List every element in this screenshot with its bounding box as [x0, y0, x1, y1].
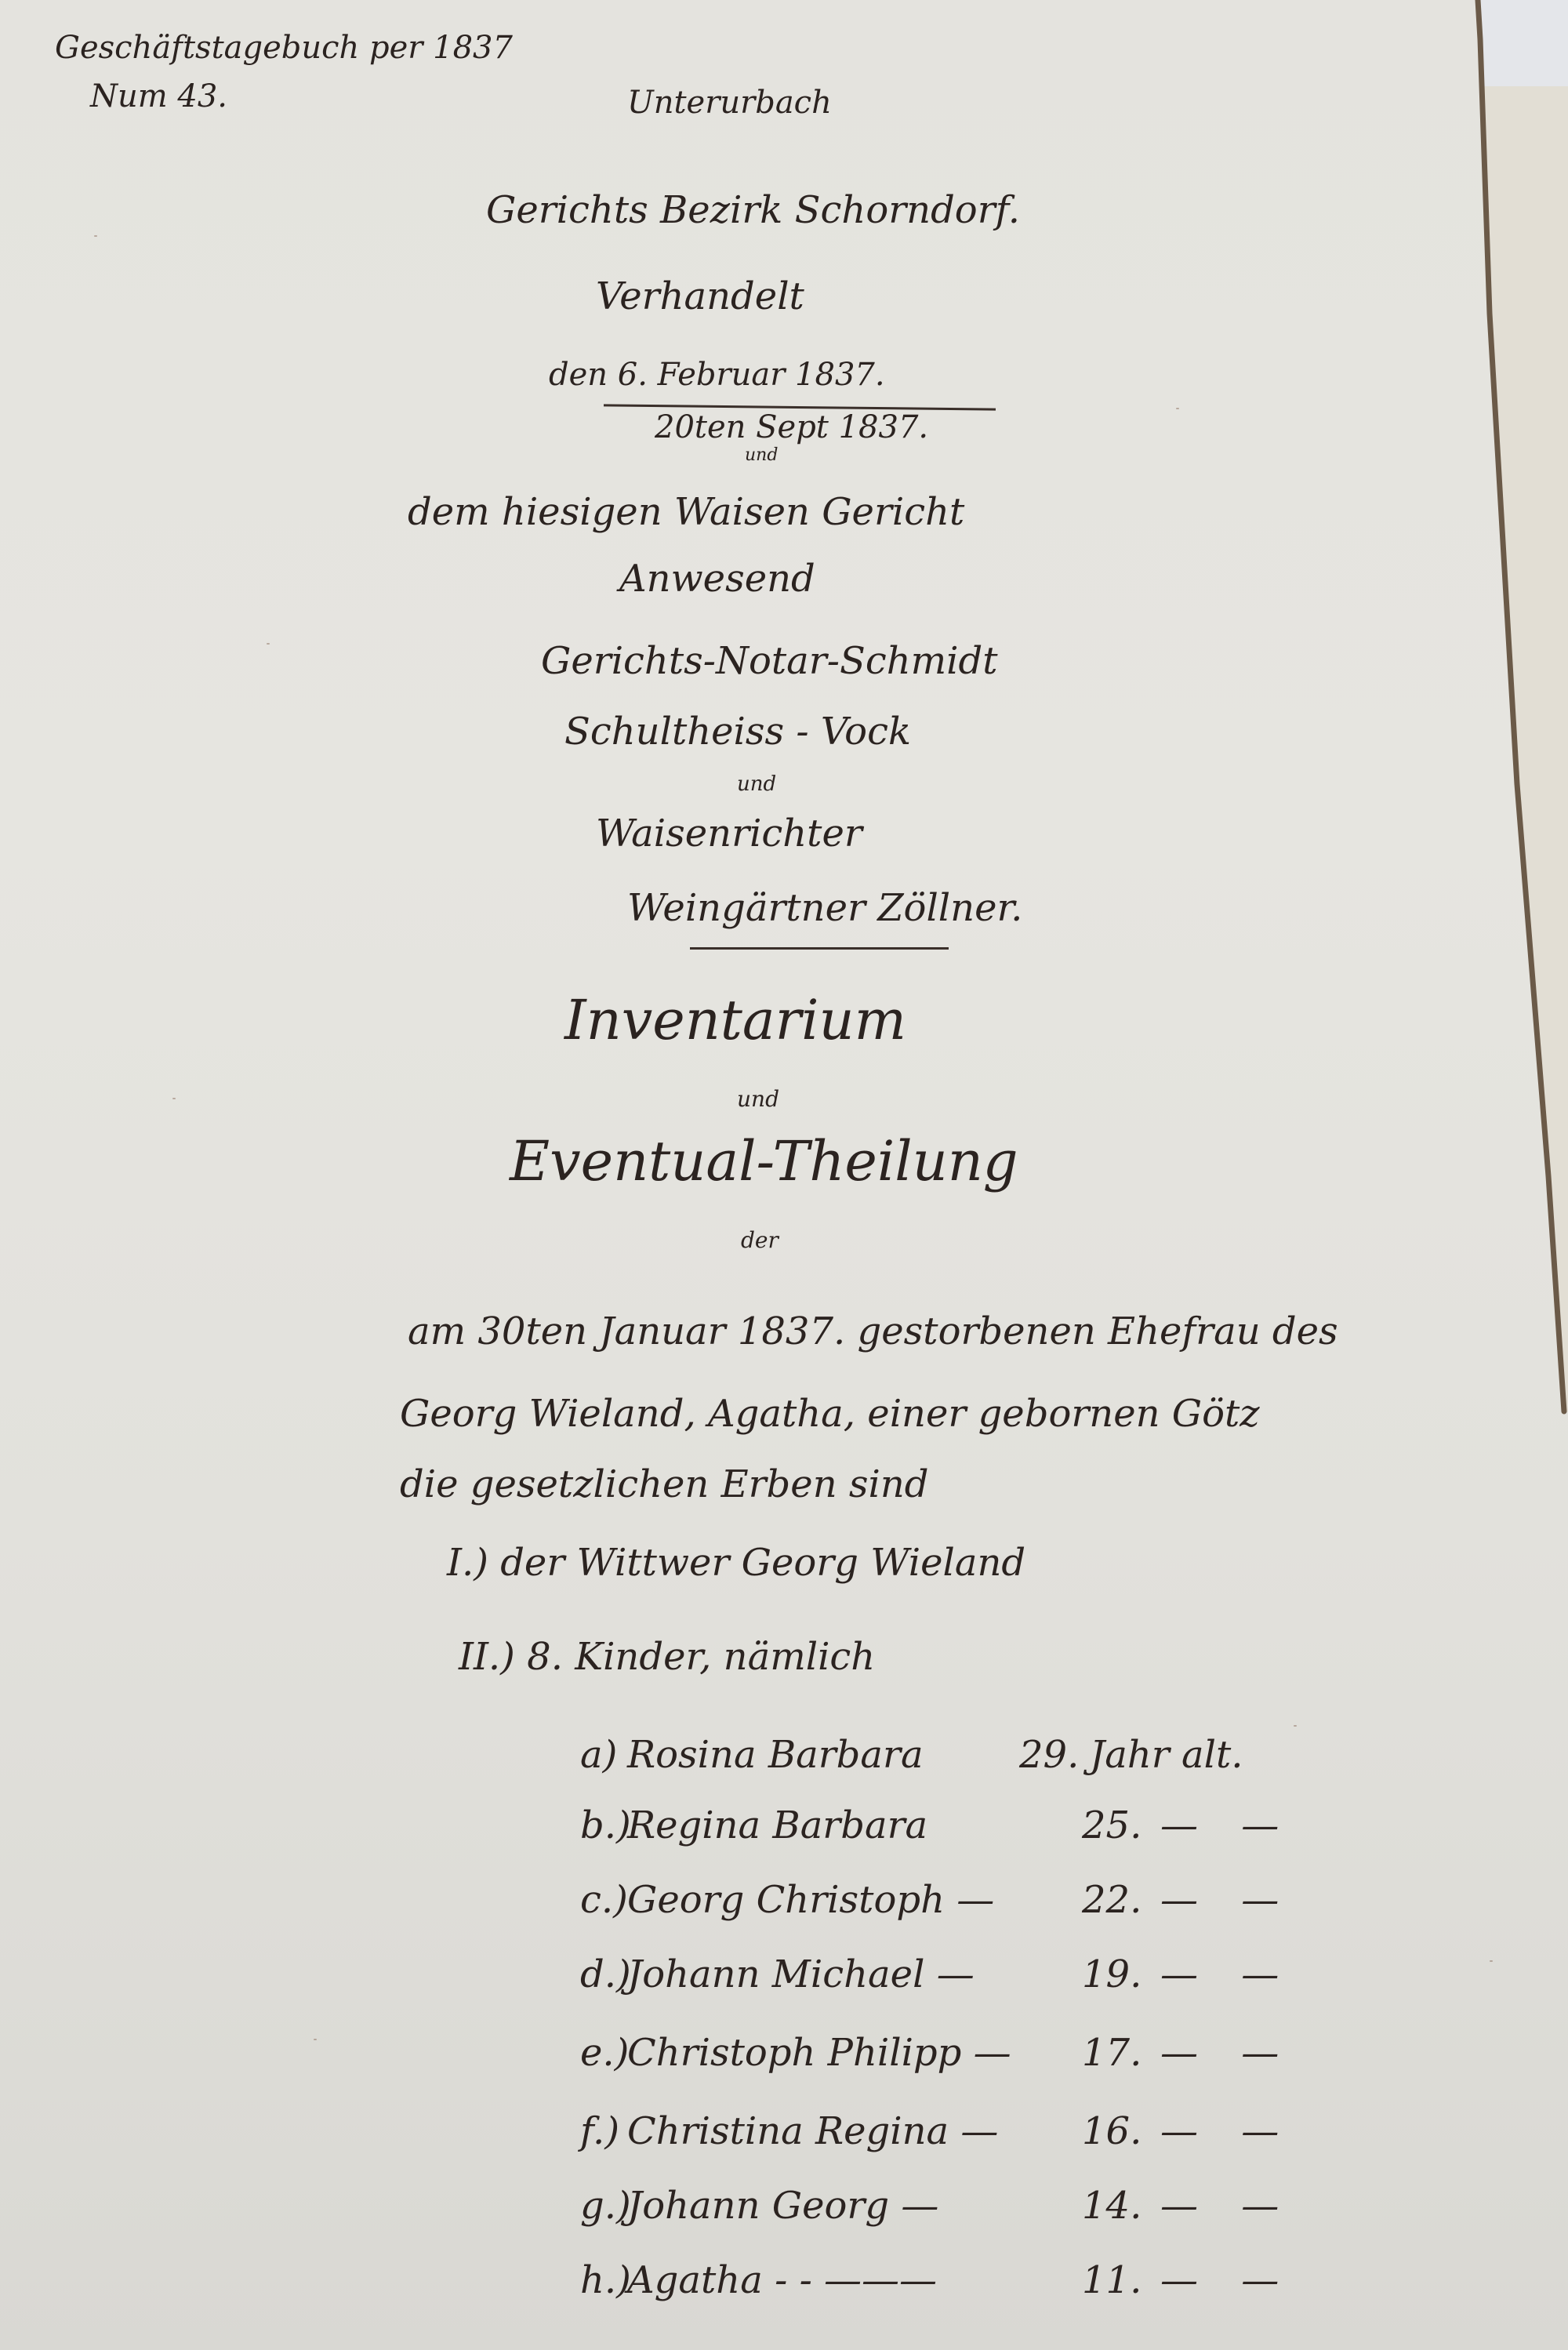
child-letter: c.) [580, 1878, 628, 1922]
child-age: 25. [1082, 1803, 1142, 1847]
register-number: Num 43. [90, 78, 227, 114]
child-age-suffix: — — [1160, 1952, 1294, 1996]
child-name: Johann Georg — [627, 2184, 938, 2228]
date-second: 20ten Sept 1837. [655, 409, 928, 445]
paper-speck [172, 1098, 176, 1099]
child-age: 16. [1082, 2109, 1142, 2153]
place-name: Unterurbach [627, 85, 832, 121]
child-name: Christoph Philipp — [627, 2031, 1011, 2075]
list-item-child: c.) Georg Christoph — 22. — — [580, 1878, 1364, 1925]
child-letter: a) [580, 1733, 617, 1777]
paper-speck [1490, 1960, 1493, 1962]
child-age-suffix: — — [1160, 2031, 1294, 2075]
title-conjunction: und [737, 1086, 779, 1112]
child-age: 29. [1019, 1733, 1079, 1777]
list-item-child: b.) Regina Barbara 25. — — [580, 1803, 1364, 1851]
document-subtitle: Eventual-Theilung [510, 1129, 1018, 1193]
child-age-suffix: — — [1160, 1878, 1294, 1922]
heir-widower: I.) der Wittwer Georg Wieland [447, 1541, 1025, 1585]
list-item-child: e.) Christoph Philipp — 17. — — [580, 2031, 1364, 2078]
attendee-zoellner: Weingärtner Zöllner. [627, 886, 1022, 930]
background-surface-top [1474, 0, 1568, 86]
date-first: den 6. Februar 1837. [549, 357, 885, 393]
child-age: 22. [1082, 1878, 1142, 1922]
attendee-role: Waisenrichter [596, 812, 862, 855]
register-note: Geschäftstagebuch per 1837 [55, 30, 513, 66]
child-letter: d.) [580, 1952, 631, 1996]
list-item-child: a) Rosina Barbara 29. Jahr alt. [580, 1733, 1364, 1780]
child-age-suffix: — — [1160, 2184, 1294, 2228]
verhandelt-label: Verhandelt [596, 274, 804, 318]
child-age-suffix: — — [1160, 1803, 1294, 1847]
attendee-underline [690, 947, 949, 950]
attendee-conjunction: und [737, 772, 776, 796]
child-age-suffix: — — [1160, 2109, 1294, 2153]
court-line: dem hiesigen Waisen Gericht [408, 490, 964, 534]
child-letter: h.) [580, 2258, 631, 2302]
child-age: 11. [1082, 2258, 1142, 2302]
child-letter: g.) [580, 2184, 631, 2228]
child-name: Agatha - - ——— [627, 2258, 937, 2302]
paper-speck [1176, 408, 1179, 409]
document-title: Inventarium [564, 988, 906, 1052]
list-item-child: f.) Christina Regina — 16. — — [580, 2109, 1364, 2156]
list-item-child: h.) Agatha - - ——— 11. — — [580, 2258, 1364, 2305]
child-age: 17. [1082, 2031, 1142, 2075]
present-label: Anwesend [619, 557, 815, 601]
heir-children-header: II.) 8. Kinder, nämlich [459, 1635, 875, 1679]
paper-speck [314, 2039, 317, 2040]
body-line-heirs: die gesetzlichen Erben sind [400, 1462, 928, 1506]
paper-speck [1294, 1725, 1297, 1727]
child-age: 14. [1082, 2184, 1142, 2228]
child-letter: b.) [580, 1803, 631, 1847]
date-second-conjunction: und [745, 445, 778, 465]
child-name: Johann Michael — [627, 1952, 975, 1996]
child-age: 19. [1082, 1952, 1142, 1996]
child-age-suffix: Jahr alt. [1090, 1733, 1243, 1777]
manuscript-page: Geschäftstagebuch per 1837 Num 43. Unter… [0, 0, 1568, 2350]
child-letter: e.) [580, 2031, 629, 2075]
attendee-notary: Gerichts-Notar-Schmidt [541, 639, 998, 683]
child-name: Christina Regina — [627, 2109, 998, 2153]
district-name: Gerichts Bezirk Schorndorf. [486, 188, 1020, 232]
child-name: Regina Barbara [627, 1803, 927, 1847]
attendee-schultheiss: Schultheiss - Vock [564, 710, 911, 754]
child-name: Georg Christoph — [627, 1878, 994, 1922]
paper-speck [94, 235, 97, 237]
child-letter: f.) [580, 2109, 619, 2153]
body-line-deceased: Georg Wieland, Agatha, einer gebornen Gö… [400, 1392, 1260, 1436]
list-item-child: d.) Johann Michael — 19. — — [580, 1952, 1364, 1999]
child-age-suffix: — — [1160, 2258, 1294, 2302]
paper-speck [267, 643, 270, 645]
body-line-death: am 30ten Januar 1837. gestorbenen Ehefra… [408, 1309, 1338, 1353]
subtitle-article: der [741, 1227, 779, 1253]
list-item-child: g.) Johann Georg — 14. — — [580, 2184, 1364, 2231]
child-name: Rosina Barbara [627, 1733, 924, 1777]
